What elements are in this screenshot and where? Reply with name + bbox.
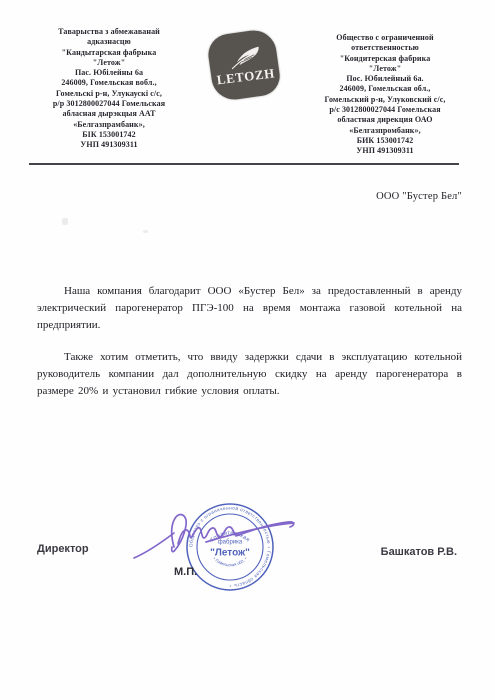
- letterhead-line: Пос. Юбилейный 6а.: [301, 74, 469, 84]
- letterhead-line: Гомельскі р-н, Улукаускі с/с,: [28, 89, 190, 99]
- letterhead-left-block: Таварыства з абмежаванай адказнасцю "Кан…: [28, 27, 190, 151]
- body-paragraph-2: Также хотим отметить, что ввиду задержки…: [37, 349, 462, 401]
- letterhead-line: 246009, Гомельская вобл.,: [28, 78, 190, 88]
- letterhead-line: «Белгазпромбанк»,: [301, 126, 469, 136]
- letterhead-line: р/с 3012800027044 Гомельская: [301, 105, 469, 115]
- letterhead-line: адказнасцю: [28, 37, 190, 47]
- letterhead-line: Общество с ограниченной: [301, 33, 469, 43]
- feather-icon: [228, 45, 264, 70]
- letterhead-line: УНП 491309311: [28, 140, 190, 150]
- company-logo: LETOZH: [205, 29, 283, 107]
- letterhead-line: Гомельский р-н, Улуковский с/с,: [301, 95, 469, 105]
- letterhead-divider: [29, 163, 459, 165]
- letterhead-right-block: Общество с ограниченной ответственностью…: [301, 33, 469, 157]
- logo-wordmark: LETOZH: [216, 65, 276, 88]
- scan-noise: [62, 218, 68, 225]
- letter-body: Наша компания благодарит ООО «Бустер Бел…: [37, 283, 462, 414]
- letterhead-line: УНП 491309311: [301, 146, 469, 156]
- body-paragraph-1: Наша компания благодарит ООО «Бустер Бел…: [37, 283, 462, 335]
- letterhead-line: ответственностью: [301, 43, 469, 53]
- recipient-line: ООО "Бустер Бел": [376, 191, 462, 202]
- letterhead-line: "Летож": [28, 58, 190, 68]
- letterhead-line: областная дирекция ОАО: [301, 115, 469, 125]
- letterhead-line: Пас. Юбілейны 6а: [28, 68, 190, 78]
- letterhead-line: БІК 153001742: [28, 130, 190, 140]
- signer-name: Башкатов Р.В.: [381, 546, 457, 558]
- letterhead-line: "Летож": [301, 64, 469, 74]
- letterhead-line: Таварыства з абмежаванай: [28, 27, 190, 37]
- letter-page: Таварыства з абмежаванай адказнасцю "Кан…: [0, 0, 495, 700]
- director-signature: [118, 498, 303, 570]
- letterhead-line: БИК 153001742: [301, 136, 469, 146]
- scan-noise: [143, 230, 148, 233]
- letterhead-line: "Кондитерская фабрика: [301, 54, 469, 64]
- logo-badge: LETOZH: [206, 28, 283, 103]
- letterhead-line: р/р 3012800027044 Гомельская: [28, 99, 190, 109]
- letterhead-line: "Кандытарская фабрыка: [28, 48, 190, 58]
- letterhead-line: 246009, Гомельская обл.,: [301, 84, 469, 94]
- letterhead-line: абласная дырэкцыя ААТ: [28, 109, 190, 119]
- letterhead-line: «Белгазпрамбанк»,: [28, 120, 190, 130]
- signer-title: Директор: [37, 543, 89, 555]
